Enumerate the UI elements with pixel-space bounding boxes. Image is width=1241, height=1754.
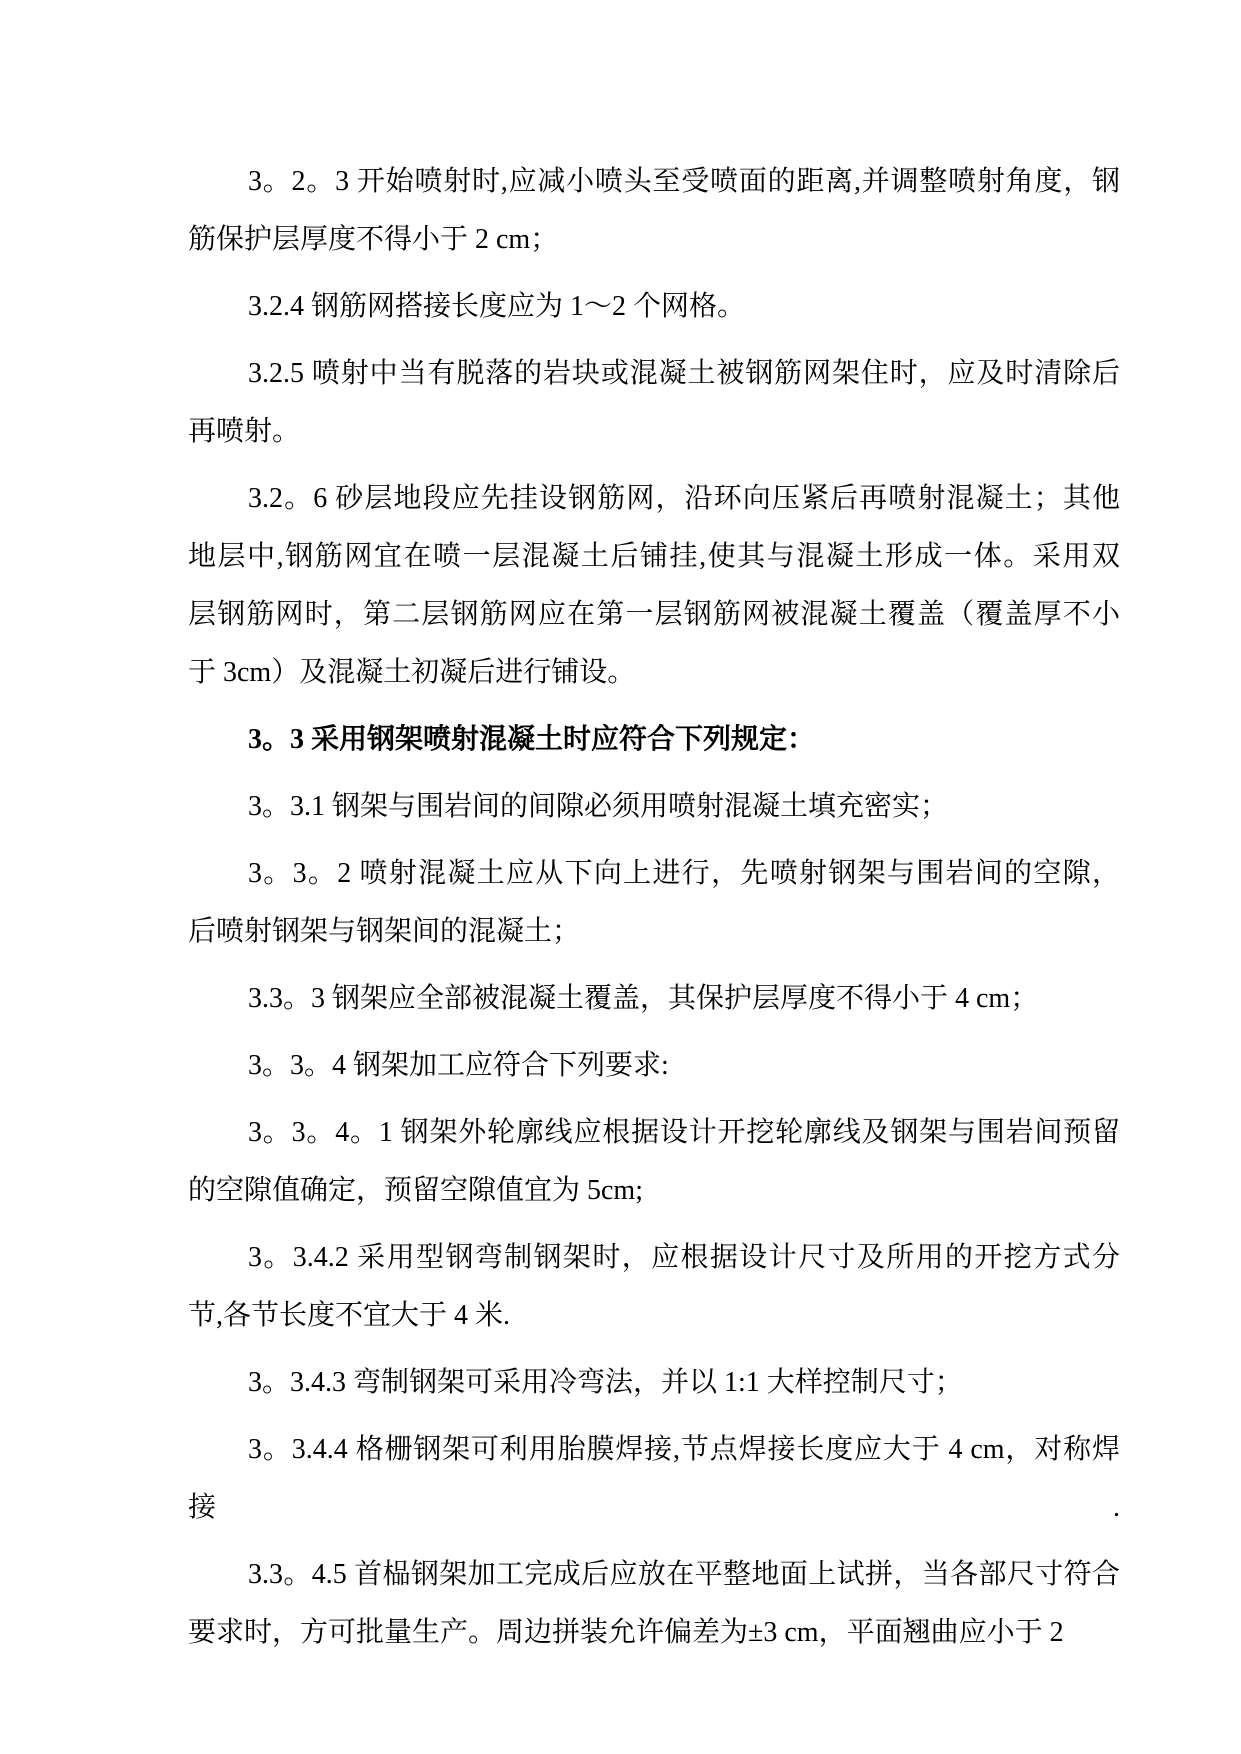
paragraph: 3.2。6 砂层地段应先挂设钢筋网，沿环向压紧后再喷射混凝土；其他 地层中,钢筋… bbox=[188, 470, 1120, 702]
paragraph-line: 于 3cm）及混凝土初凝后进行铺设。 bbox=[188, 644, 1120, 702]
section-heading-text: 3。3 采用钢架喷射混凝土时应符合下列规定： bbox=[188, 711, 1120, 769]
paragraph-line: 3。3。2 喷射混凝土应从下向上进行，先喷射钢架与围岩间的空隙， bbox=[188, 845, 1120, 903]
paragraph: 3。3。4 钢架加工应符合下列要求: bbox=[188, 1037, 1120, 1095]
paragraph-line: 3。3.4.2 采用型钢弯制钢架时，应根据设计尺寸及所用的开挖方式分 bbox=[188, 1229, 1120, 1287]
paragraph-line: 要求时，方可批量生产。周边拼装允许偏差为±3 cm，平面翘曲应小于 2 bbox=[188, 1604, 1120, 1662]
paragraph: 3.2.4 钢筋网搭接长度应为 1～2 个网格。 bbox=[188, 278, 1120, 336]
paragraph-line: 3。3.1 钢架与围岩间的间隙必须用喷射混凝土填充密实； bbox=[188, 778, 1120, 836]
paragraph-line: 节,各节长度不宜大于 4 米. bbox=[188, 1287, 1120, 1345]
paragraph-line: 层钢筋网时，第二层钢筋网应在第一层钢筋网被混凝土覆盖（覆盖厚不小 bbox=[188, 586, 1120, 644]
paragraph-line: 3.2.5 喷射中当有脱落的岩块或混凝土被钢筋网架住时，应及时清除后 bbox=[188, 345, 1120, 403]
document-page: 3。2。3 开始喷射时,应减小喷头至受喷面的距离,并调整喷射角度，钢 筋保护层厚… bbox=[0, 0, 1241, 1754]
paragraph: 3。2。3 开始喷射时,应减小喷头至受喷面的距离,并调整喷射角度，钢 筋保护层厚… bbox=[188, 153, 1120, 269]
paragraph: 3。3。4。1 钢架外轮廓线应根据设计开挖轮廓线及钢架与围岩间预留 的空隙值确定… bbox=[188, 1104, 1120, 1220]
paragraph: 3。3.4.4 格栅钢架可利用胎膜焊接,节点焊接长度应大于 4 cm，对称焊接. bbox=[188, 1421, 1120, 1537]
paragraph-line: 3。2。3 开始喷射时,应减小喷头至受喷面的距离,并调整喷射角度，钢 bbox=[188, 153, 1120, 211]
paragraph-line: 地层中,钢筋网宜在喷一层混凝土后铺挂,使其与混凝土形成一体。采用双 bbox=[188, 528, 1120, 586]
paragraph-line: 后喷射钢架与钢架间的混凝土； bbox=[188, 903, 1120, 961]
paragraph: 3.3。4.5 首榀钢架加工完成后应放在平整地面上试拼，当各部尺寸符合 要求时，… bbox=[188, 1546, 1120, 1662]
paragraph-line: 3。3.4.4 格栅钢架可利用胎膜焊接,节点焊接长度应大于 4 cm，对称焊接. bbox=[188, 1421, 1120, 1537]
paragraph-line: 3。3.4.3 弯制钢架可采用冷弯法，并以 1:1 大样控制尺寸； bbox=[188, 1354, 1120, 1412]
paragraph: 3。3.4.2 采用型钢弯制钢架时，应根据设计尺寸及所用的开挖方式分 节,各节长… bbox=[188, 1229, 1120, 1345]
paragraph: 3.2.5 喷射中当有脱落的岩块或混凝土被钢筋网架住时，应及时清除后 再喷射。 bbox=[188, 345, 1120, 461]
paragraph: 3.3。3 钢架应全部被混凝土覆盖，其保护层厚度不得小于 4 cm； bbox=[188, 970, 1120, 1028]
paragraph-line: 3.2.4 钢筋网搭接长度应为 1～2 个网格。 bbox=[188, 278, 1120, 336]
paragraph-line: 3。3。4。1 钢架外轮廓线应根据设计开挖轮廓线及钢架与围岩间预留 bbox=[188, 1104, 1120, 1162]
paragraph-line: 3.3。4.5 首榀钢架加工完成后应放在平整地面上试拼，当各部尺寸符合 bbox=[188, 1546, 1120, 1604]
paragraph-line: 3.2。6 砂层地段应先挂设钢筋网，沿环向压紧后再喷射混凝土；其他 bbox=[188, 470, 1120, 528]
paragraph-line: 3。3。4 钢架加工应符合下列要求: bbox=[188, 1037, 1120, 1095]
section-heading: 3。3 采用钢架喷射混凝土时应符合下列规定： bbox=[188, 711, 1120, 769]
paragraph-line: 再喷射。 bbox=[188, 403, 1120, 461]
paragraph-line: 3.3。3 钢架应全部被混凝土覆盖，其保护层厚度不得小于 4 cm； bbox=[188, 970, 1120, 1028]
paragraph: 3。3。2 喷射混凝土应从下向上进行，先喷射钢架与围岩间的空隙， 后喷射钢架与钢… bbox=[188, 845, 1120, 961]
paragraph-line: 筋保护层厚度不得小于 2 cm； bbox=[188, 211, 1120, 269]
paragraph: 3。3.1 钢架与围岩间的间隙必须用喷射混凝土填充密实； bbox=[188, 778, 1120, 836]
paragraph-line: 的空隙值确定，预留空隙值宜为 5cm; bbox=[188, 1162, 1120, 1220]
paragraph: 3。3.4.3 弯制钢架可采用冷弯法，并以 1:1 大样控制尺寸； bbox=[188, 1354, 1120, 1412]
